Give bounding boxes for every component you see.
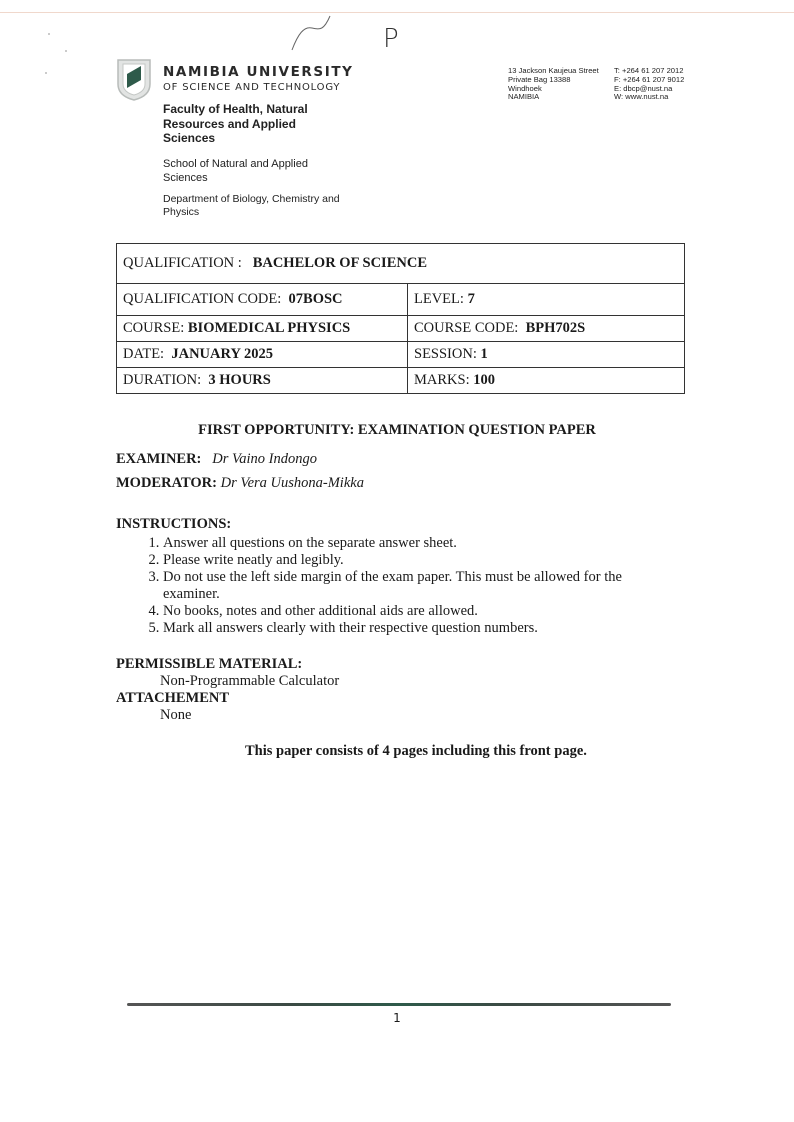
university-logo-icon [116, 58, 152, 102]
examiner-name: Dr Vaino Indongo [212, 451, 317, 467]
course-cell: COURSE: BIOMEDICAL PHYSICS [117, 316, 408, 342]
contact-block: T: +264 61 207 2012 F: +264 61 207 9012 … [614, 67, 684, 102]
examiner-label: EXAMINER: [116, 451, 201, 467]
table-row: QUALIFICATION : BACHELOR OF SCIENCE [117, 244, 685, 284]
table-row: DURATION: 3 HOURS MARKS: 100 [117, 368, 685, 394]
pages-note: This paper consists of 4 pages including… [245, 743, 587, 760]
moderator-name: Dr Vera Uushona-Mikka [221, 475, 364, 491]
session-value: 1 [480, 346, 487, 362]
table-row: COURSE: BIOMEDICAL PHYSICS COURSE CODE: … [117, 316, 685, 342]
university-name: NAMIBIA UNIVERSITY [163, 64, 354, 80]
table-row: QUALIFICATION CODE: 07BOSC LEVEL: 7 [117, 284, 685, 316]
list-item: No books, notes and other additional aid… [163, 603, 673, 620]
school-name: School of Natural and Applied Sciences [163, 158, 343, 185]
handwritten-mark: P [383, 24, 399, 54]
marks-value: 100 [473, 372, 495, 388]
scan-speck [65, 50, 67, 52]
attachment-value: None [160, 707, 191, 724]
qualification-cell: QUALIFICATION : BACHELOR OF SCIENCE [117, 244, 685, 284]
table-row: DATE: JANUARY 2025 SESSION: 1 [117, 342, 685, 368]
address-line: NAMIBIA [508, 93, 599, 102]
university-subtitle: OF SCIENCE AND TECHNOLOGY [163, 82, 340, 93]
list-item: Mark all answers clearly with their resp… [163, 620, 673, 637]
session-cell: SESSION: 1 [408, 342, 685, 368]
qualification-value: BACHELOR OF SCIENCE [253, 255, 427, 271]
paper-heading: FIRST OPPORTUNITY: EXAMINATION QUESTION … [0, 422, 794, 439]
course-value: BIOMEDICAL PHYSICS [188, 320, 350, 336]
qualification-code-cell: QUALIFICATION CODE: 07BOSC [117, 284, 408, 316]
examiner-line: EXAMINER: Dr Vaino Indongo [116, 451, 317, 468]
moderator-line: MODERATOR: Dr Vera Uushona-Mikka [116, 475, 364, 492]
department-name: Department of Biology, Chemistry and Phy… [163, 193, 343, 218]
contact-website: W: www.nust.na [614, 93, 684, 102]
instructions-list: Answer all questions on the separate ans… [135, 535, 673, 637]
scan-edge-line [0, 12, 794, 13]
scan-speck [48, 33, 50, 35]
moderator-label: MODERATOR: [116, 475, 217, 491]
level-value: 7 [468, 291, 475, 307]
page-number: 1 [0, 1011, 794, 1025]
exam-info-table: QUALIFICATION : BACHELOR OF SCIENCE QUAL… [116, 243, 685, 394]
qualification-code-value: 07BOSC [289, 291, 343, 307]
list-item: Answer all questions on the separate ans… [163, 535, 673, 552]
list-item: Do not use the left side margin of the e… [163, 569, 673, 603]
date-cell: DATE: JANUARY 2025 [117, 342, 408, 368]
scan-speck [45, 72, 47, 74]
address-block: 13 Jackson Kaujeua Street Private Bag 13… [508, 67, 599, 102]
duration-value: 3 HOURS [208, 372, 270, 388]
permissible-material-value: Non-Programmable Calculator [160, 673, 339, 690]
attachment-title: ATTACHEMENT [116, 690, 229, 707]
list-item: Please write neatly and legibly. [163, 552, 673, 569]
date-value: JANUARY 2025 [171, 346, 273, 362]
instructions-title: INSTRUCTIONS: [116, 516, 231, 533]
marks-cell: MARKS: 100 [408, 368, 685, 394]
duration-cell: DURATION: 3 HOURS [117, 368, 408, 394]
level-cell: LEVEL: 7 [408, 284, 685, 316]
permissible-material-title: PERMISSIBLE MATERIAL: [116, 656, 302, 673]
course-code-cell: COURSE CODE: BPH702S [408, 316, 685, 342]
course-code-value: BPH702S [526, 320, 586, 336]
footer-divider [127, 1003, 671, 1006]
faculty-name: Faculty of Health, Natural Resources and… [163, 102, 343, 146]
handwritten-scribble-icon [290, 14, 340, 54]
